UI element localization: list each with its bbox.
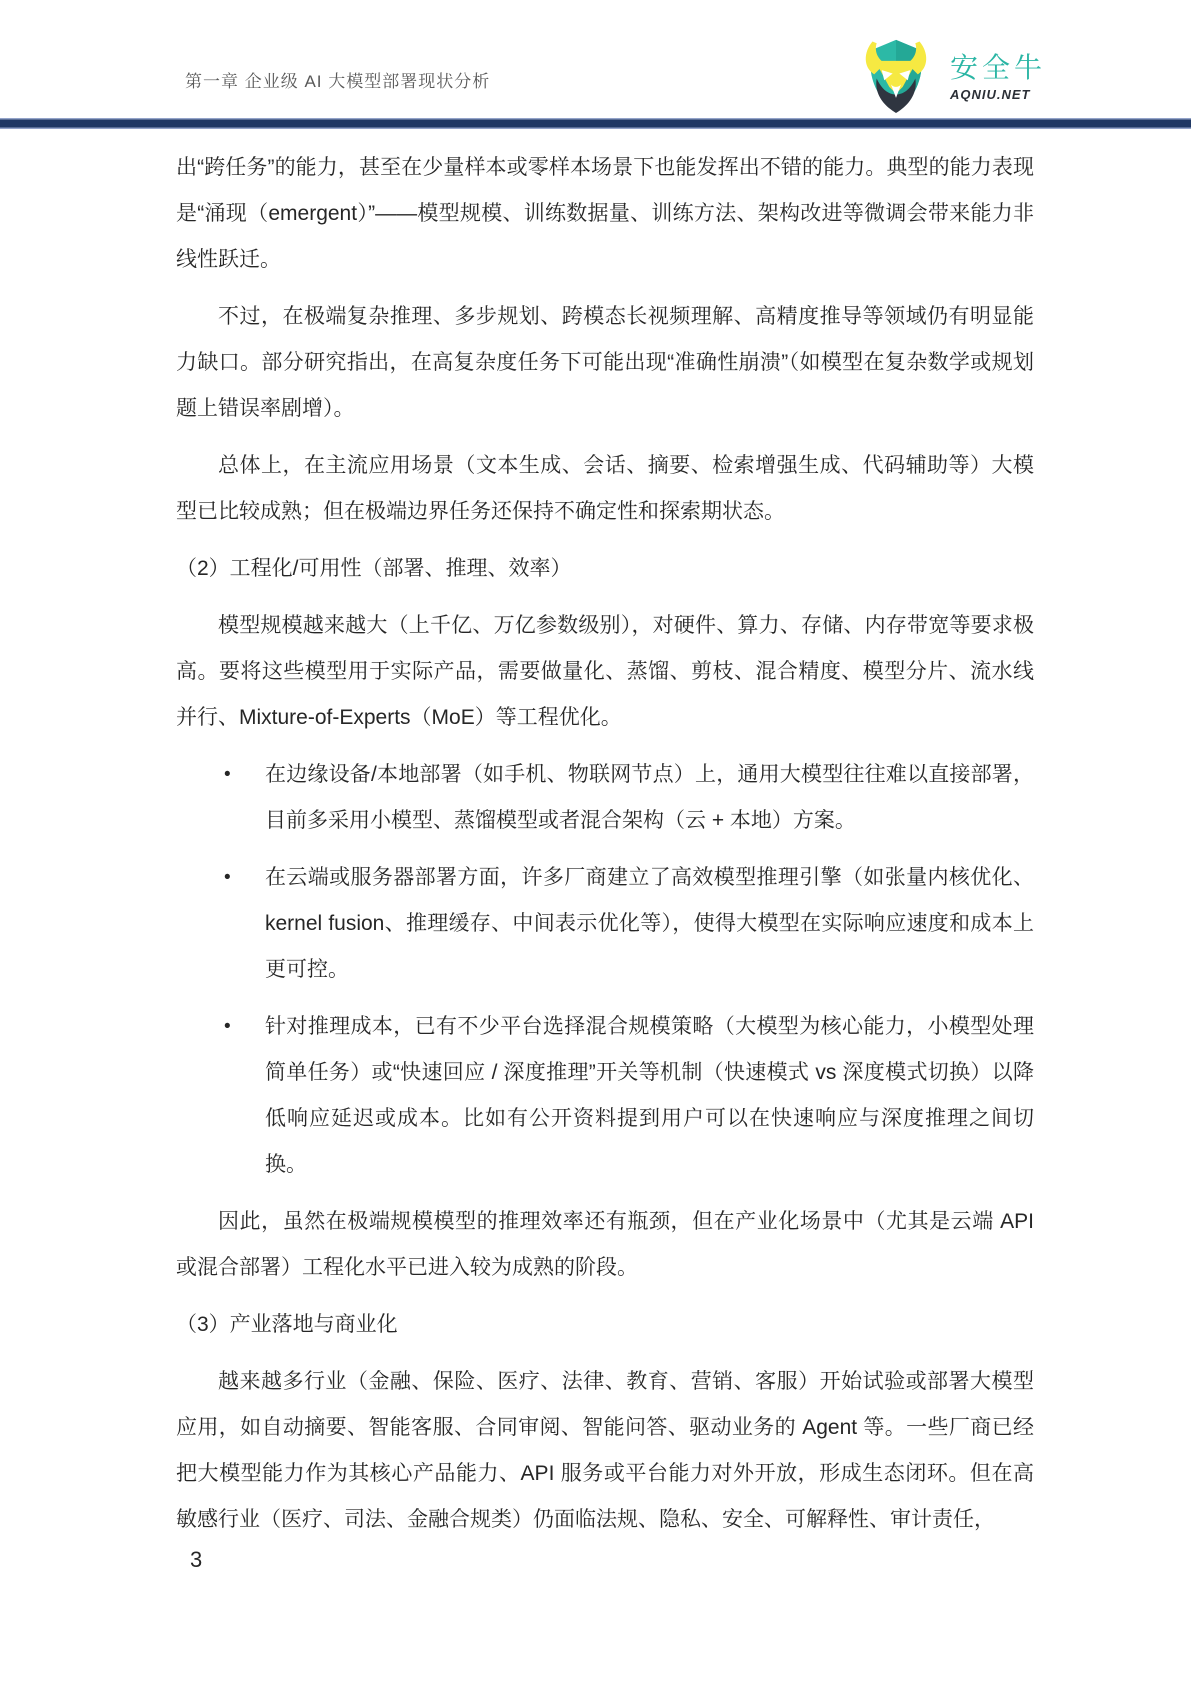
bull-logo-icon bbox=[854, 36, 938, 116]
list-item-inference-cost: • 针对推理成本，已有不少平台选择混合规模策略（大模型为核心能力，小模型处理简单… bbox=[176, 1004, 1034, 1188]
bullet-icon: • bbox=[224, 752, 231, 798]
logo-wordmark: 安全牛 AQNIU.NET bbox=[950, 51, 1046, 101]
aqniu-logo: 安全牛 AQNIU.NET bbox=[854, 36, 1046, 116]
list-item-text: 在边缘设备/本地部署（如手机、物联网节点）上，通用大模型往往难以直接部署，目前多… bbox=[265, 763, 1034, 832]
paragraph-capability-gaps: 不过，在极端复杂推理、多步规划、跨模态长视频理解、高精度推导等领域仍有明显能力缺… bbox=[176, 294, 1034, 432]
logo-domain-text: AQNIU.NET bbox=[950, 88, 1031, 101]
logo-brand-text: 安全牛 bbox=[950, 51, 1046, 85]
chapter-header-title: 第一章 企业级 AI 大模型部署现状分析 bbox=[185, 67, 490, 92]
paragraph-industry-adoption: 越来越多行业（金融、保险、医疗、法律、教育、营销、客服）开始试验或部署大模型应用… bbox=[176, 1359, 1034, 1543]
paragraph-overall-maturity: 总体上，在主流应用场景（文本生成、会话、摘要、检索增强生成、代码辅助等）大模型已… bbox=[176, 443, 1034, 535]
section-heading-commercialization: （3）产业落地与商业化 bbox=[176, 1302, 1034, 1348]
list-item-cloud-deployment: • 在云端或服务器部署方面，许多厂商建立了高效模型推理引擎（如张量内核优化、ke… bbox=[176, 855, 1034, 993]
paragraph-cross-task-ability: 出“跨任务”的能力，甚至在少量样本或零样本场景下也能发挥出不错的能力。典型的能力… bbox=[176, 145, 1034, 283]
page-number: 3 bbox=[190, 1537, 202, 1583]
list-item-text: 在云端或服务器部署方面，许多厂商建立了高效模型推理引擎（如张量内核优化、kern… bbox=[265, 866, 1034, 981]
header-divider-bar bbox=[0, 118, 1191, 129]
list-item-edge-deployment: • 在边缘设备/本地部署（如手机、物联网节点）上，通用大模型往往难以直接部署，目… bbox=[176, 752, 1034, 844]
paragraph-model-scale: 模型规模越来越大（上千亿、万亿参数级别），对硬件、算力、存储、内存带宽等要求极高… bbox=[176, 603, 1034, 741]
bullet-icon: • bbox=[224, 855, 231, 901]
document-body: 出“跨任务”的能力，甚至在少量样本或零样本场景下也能发挥出不错的能力。典型的能力… bbox=[176, 145, 1034, 1554]
section-heading-engineering: （2）工程化/可用性（部署、推理、效率） bbox=[176, 546, 1034, 592]
paragraph-engineering-conclusion: 因此，虽然在极端规模模型的推理效率还有瓶颈，但在产业化场景中（尤其是云端 API… bbox=[176, 1199, 1034, 1291]
document-page: 第一章 企业级 AI 大模型部署现状分析 安全牛 bbox=[0, 0, 1191, 1684]
list-item-text: 针对推理成本，已有不少平台选择混合规模策略（大模型为核心能力，小模型处理简单任务… bbox=[265, 1015, 1034, 1176]
bullet-icon: • bbox=[224, 1004, 231, 1050]
